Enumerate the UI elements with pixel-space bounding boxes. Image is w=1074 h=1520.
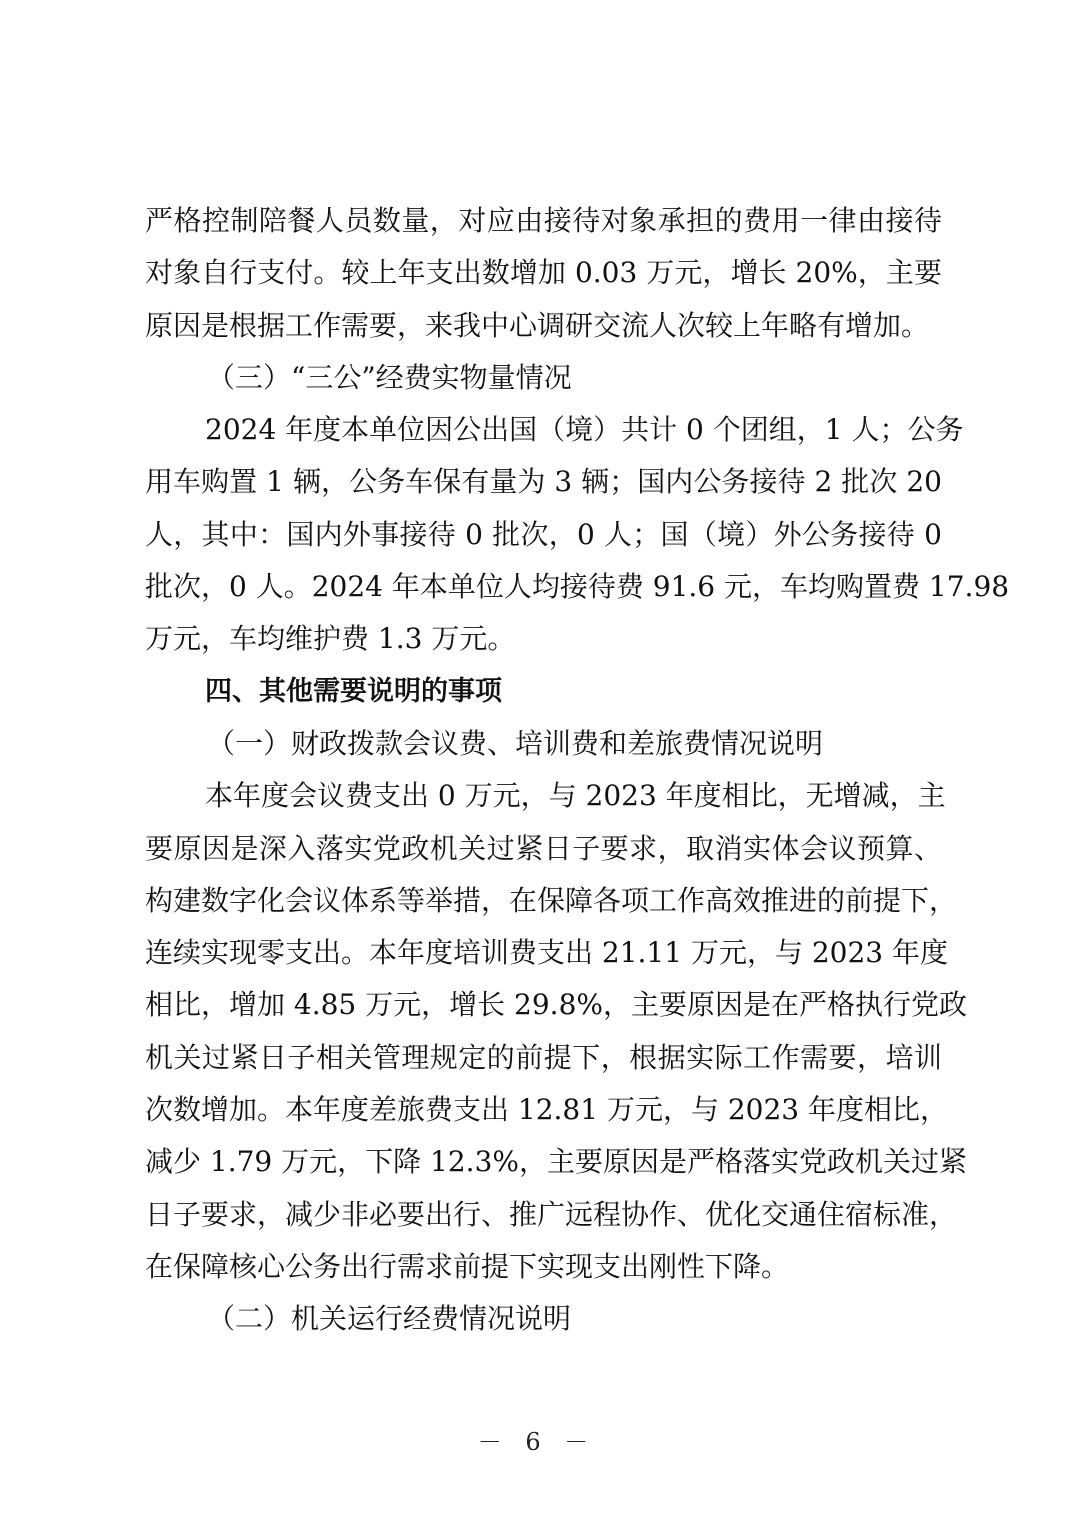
body-text-line: 构建数字化会议体系等举措，在保障各项工作高效推进的前提下，	[145, 875, 942, 927]
section-3-heading: （三）“三公”经费实物量情况	[145, 352, 942, 404]
body-text-line: 万元，车均维护费 1.3 万元。	[145, 613, 942, 665]
body-text-line: 用车购置 1 辆，公务车保有量为 3 辆；国内公务接待 2 批次 20	[145, 456, 942, 508]
body-text-line: 本年度会议费支出 0 万元，与 2023 年度相比，无增减，主	[145, 770, 942, 822]
subsection-2-heading: （二）机关运行经费情况说明	[145, 1293, 942, 1345]
document-page: 严格控制陪餐人员数量，对应由接待对象承担的费用一律由接待 对象自行支付。较上年支…	[145, 195, 942, 1346]
page-number: － 6 －	[0, 1422, 1074, 1457]
body-text-line: 相比，增加 4.85 万元，增长 29.8%，主要原因是在严格执行党政	[145, 979, 942, 1031]
body-text-line: 对象自行支付。较上年支出数增加 0.03 万元，增长 20%，主要	[145, 247, 942, 299]
body-text-line: 在保障核心公务出行需求前提下实现支出刚性下降。	[145, 1241, 942, 1293]
body-text-line: 次数增加。本年度差旅费支出 12.81 万元，与 2023 年度相比，	[145, 1084, 942, 1136]
body-text-line: 日子要求，减少非必要出行、推广远程协作、优化交通住宿标准，	[145, 1189, 942, 1241]
body-text-line: 原因是根据工作需要，来我中心调研交流人次较上年略有增加。	[145, 300, 942, 352]
body-text-line: 批次，0 人。2024 年本单位人均接待费 91.6 元，车均购置费 17.98	[145, 561, 942, 613]
subsection-1-heading: （一）财政拨款会议费、培训费和差旅费情况说明	[145, 718, 942, 770]
body-text-line: 严格控制陪餐人员数量，对应由接待对象承担的费用一律由接待	[145, 195, 942, 247]
body-text-line: 要原因是深入落实党政机关过紧日子要求，取消实体会议预算、	[145, 823, 942, 875]
body-text-line: 2024 年度本单位因公出国（境）共计 0 个团组，1 人；公务	[145, 404, 942, 456]
body-text-line: 连续实现零支出。本年度培训费支出 21.11 万元，与 2023 年度	[145, 927, 942, 979]
body-text-line: 减少 1.79 万元，下降 12.3%，主要原因是严格落实党政机关过紧	[145, 1136, 942, 1188]
part-4-heading: 四、其他需要说明的事项	[145, 666, 942, 718]
body-text-line: 机关过紧日子相关管理规定的前提下，根据实际工作需要，培训	[145, 1032, 942, 1084]
body-text-line: 人，其中：国内外事接待 0 批次，0 人；国（境）外公务接待 0	[145, 509, 942, 561]
